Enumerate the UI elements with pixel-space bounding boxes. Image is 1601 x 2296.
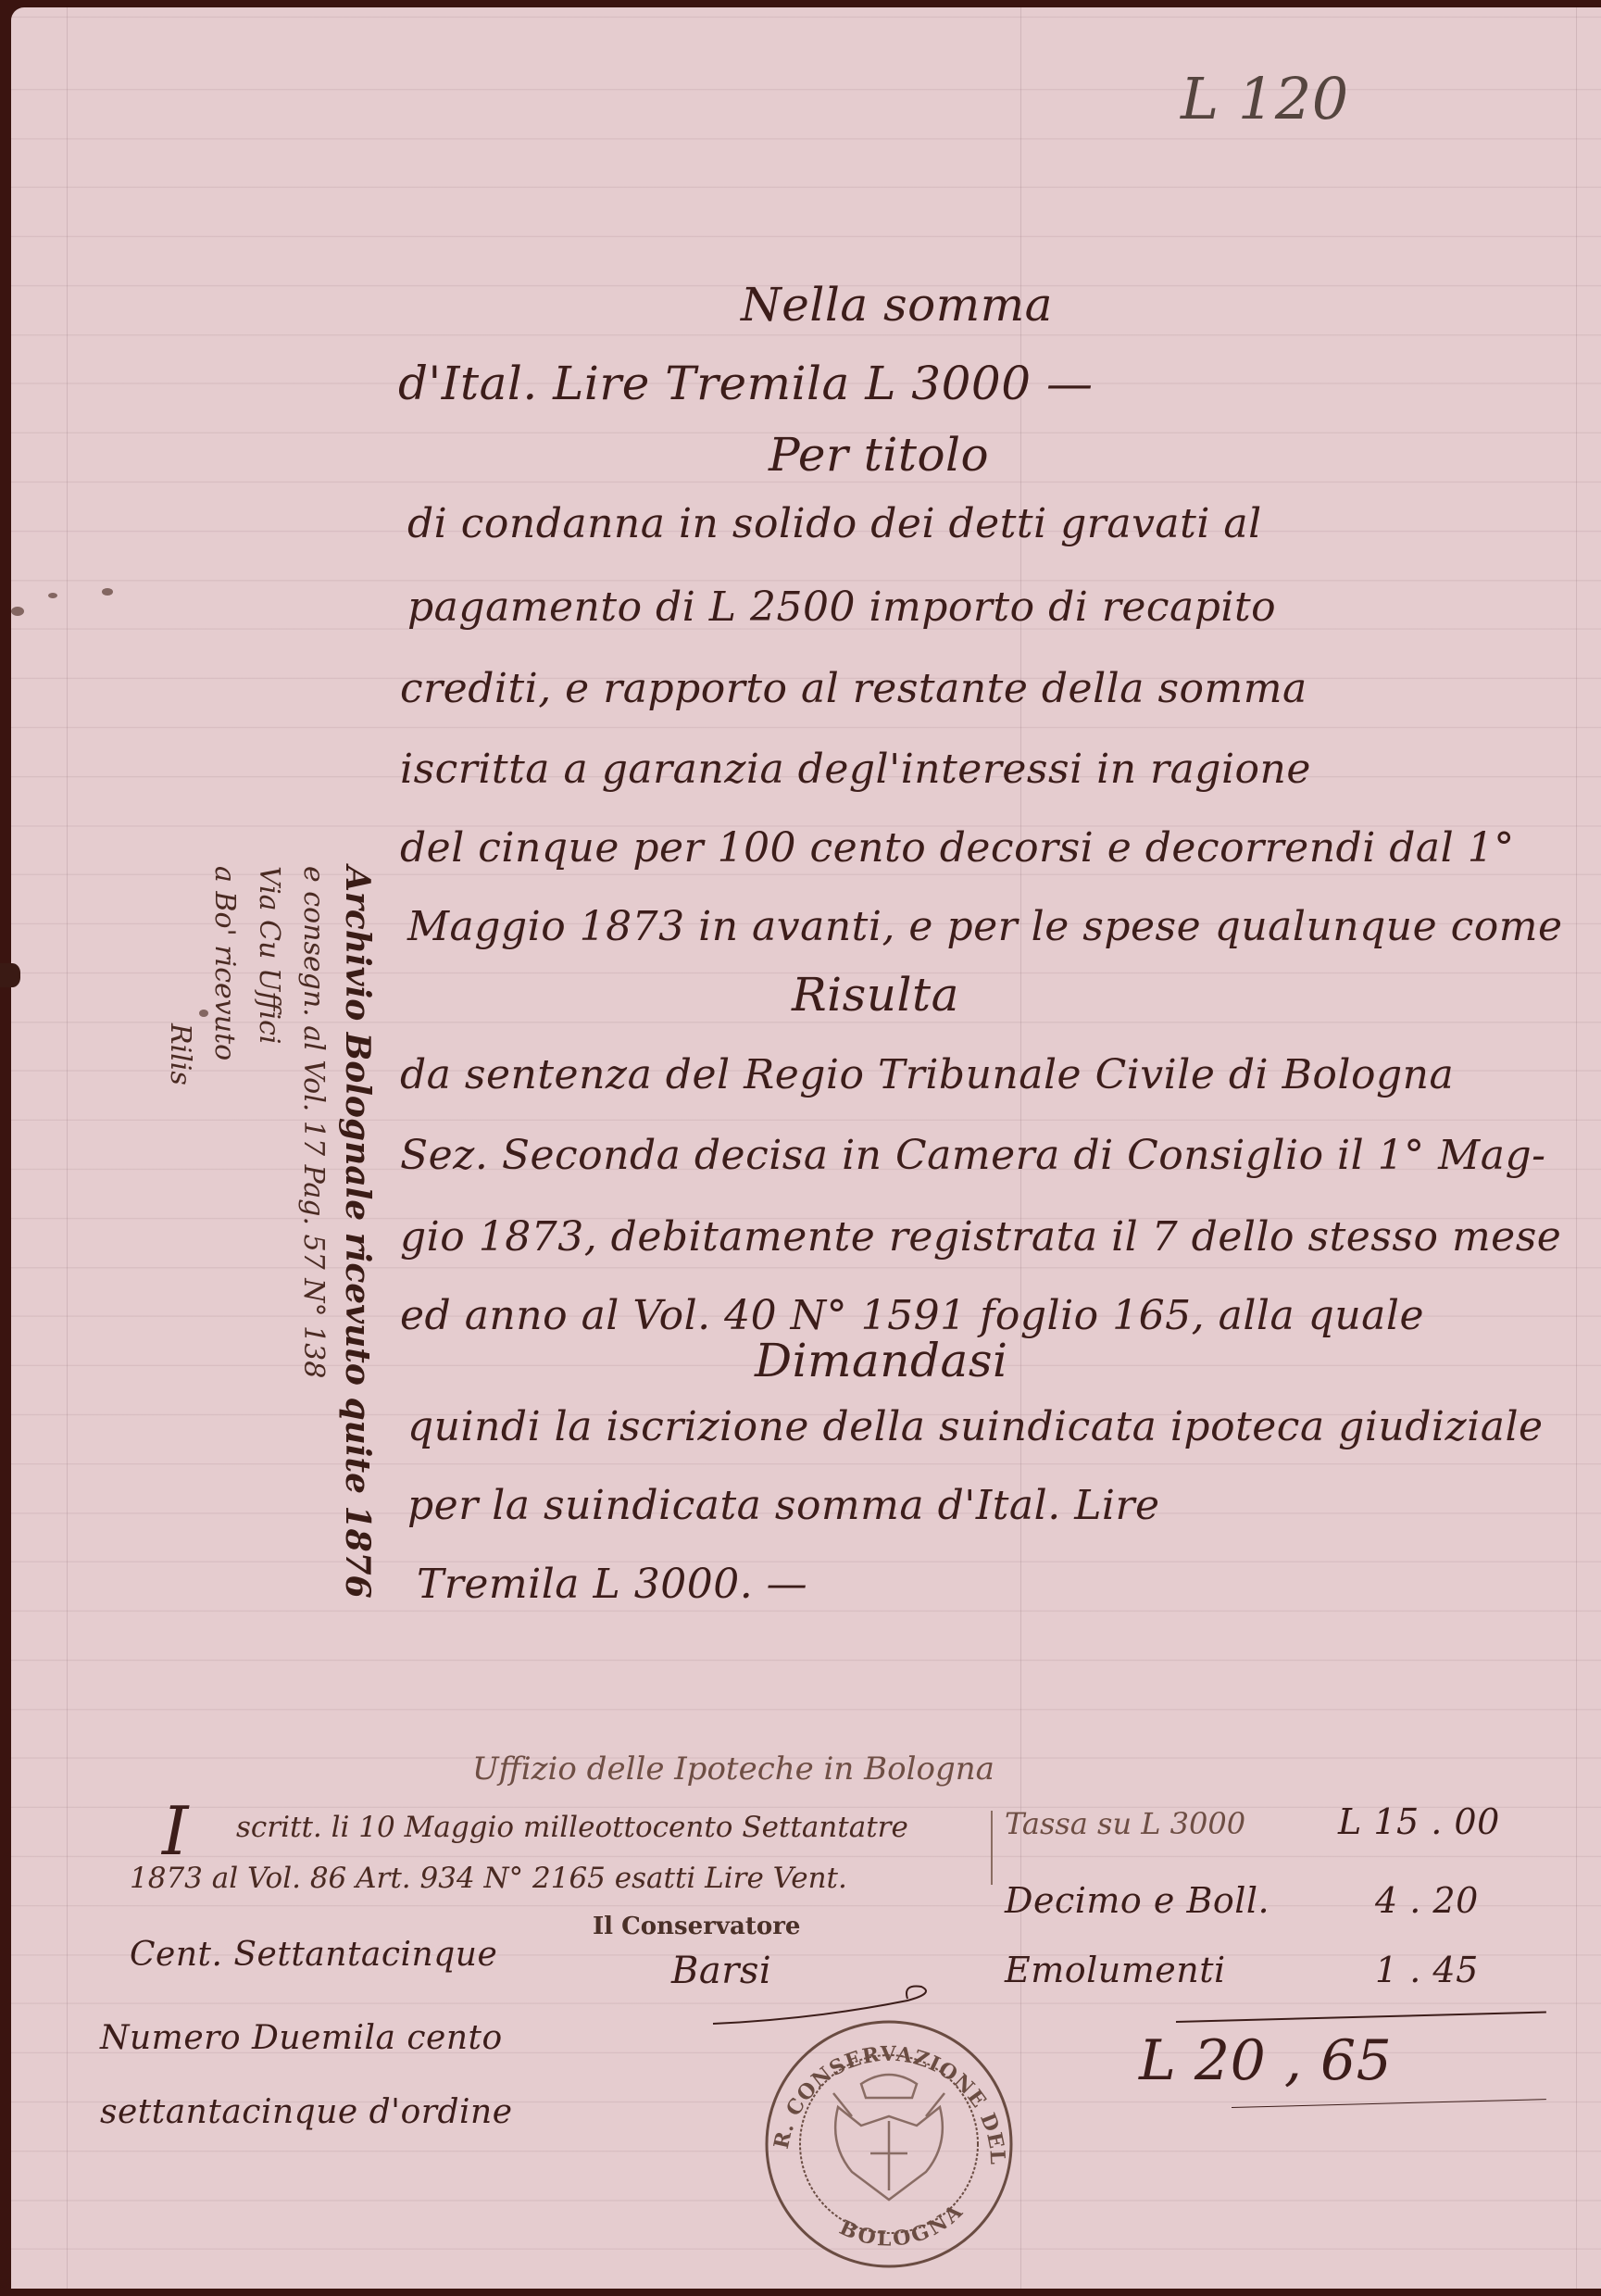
registry-line: Numero Duemila cento	[100, 2019, 503, 2057]
body-line: del cinque per 100 cento decorsi e decor…	[400, 824, 1515, 872]
fee-label: Decimo e Boll.	[1005, 1880, 1270, 1921]
stamp-text-bottom: BOLOGNA	[836, 2198, 969, 2252]
official-stamp: R. CONSERVAZIONE DELLE IPOTECHE BOLOGNA	[750, 2005, 1028, 2274]
folio-mark: L 120	[1181, 65, 1349, 132]
margin-rule-left	[67, 7, 68, 2289]
margin-annotation-line: Via Cu Uffici	[246, 866, 291, 1599]
conservator-label: Il Conservatore	[593, 1913, 800, 1940]
body-line: Maggio 1873 in avanti, e per le spese qu…	[407, 903, 1563, 950]
section-dimandasi: Dimandasi	[755, 1334, 1007, 1387]
margin-annotation-line: Archivio Bolognale ricevuto quite 1876	[335, 866, 380, 1599]
dimandasi-line: per la suindicata somma d'Ital. Lire	[407, 1482, 1160, 1529]
fee-label: Tassa su L 3000	[1005, 1806, 1245, 1841]
fee-amount: 1 . 45	[1375, 1950, 1479, 1990]
dimandasi-line: quindi la iscrizione della suindicata ip…	[407, 1403, 1544, 1450]
risulta-line: ed anno al Vol. 40 N° 1591 foglio 165, a…	[400, 1292, 1424, 1339]
margin-annotation-line: Rilis	[157, 866, 202, 1599]
body-line: iscritta a garanzia degl'interessi in ra…	[400, 746, 1311, 793]
margin-annotation-line: a Bo' ricevuto	[202, 866, 246, 1599]
fee-total: L 20 , 65	[1139, 2028, 1392, 2093]
margin-annotation-line: e consegn. al Vol. 17 Pag. 57 N° 138	[291, 866, 335, 1599]
risulta-line: Sez. Seconda decisa in Camera di Consigl…	[400, 1132, 1546, 1179]
heading-line-1: Nella somma	[741, 278, 1053, 332]
section-risulta: Risulta	[792, 968, 959, 1022]
registry-line: settantacinque d'ordine	[100, 2093, 513, 2131]
fee-amount: 4 . 20	[1375, 1880, 1479, 1921]
stamp-text-top: R. CONSERVAZIONE DELLE IPOTECHE	[750, 2005, 1009, 2165]
fees-column-rule	[991, 1811, 993, 1885]
heading-line-3: Per titolo	[769, 428, 989, 482]
body-line: pagamento di L 2500 importo di recapito	[407, 583, 1276, 631]
registry-line: 1873 al Vol. 86 Art. 934 N° 2165 esatti …	[130, 1862, 847, 1895]
heading-line-2: d'Ital. Lire Tremila L 3000 —	[398, 357, 1093, 410]
ink-smudge	[102, 588, 113, 596]
registry-line: Cent. Settantacinque	[130, 1936, 497, 1974]
svg-text:BOLOGNA: BOLOGNA	[836, 2198, 969, 2252]
registry-initial: I	[162, 1792, 189, 1870]
body-line: crediti, e rapporto al restante della so…	[400, 665, 1307, 712]
registry-line: scritt. li 10 Maggio milleottocento Sett…	[236, 1811, 908, 1844]
risulta-line: gio 1873, debitamente registrata il 7 de…	[400, 1213, 1561, 1261]
risulta-line: da sentenza del Regio Tribunale Civile d…	[400, 1051, 1454, 1098]
margin-annotation: Archivio Bolognale ricevuto quite 1876 e…	[157, 866, 380, 1599]
fee-label: Emolumenti	[1005, 1950, 1226, 1990]
edge-mark	[0, 963, 20, 987]
svg-text:R. CONSERVAZIONE DELLE IPOTECH: R. CONSERVAZIONE DELLE IPOTECHE	[750, 2005, 1009, 2165]
body-line: di condanna in solido dei detti gravati …	[407, 500, 1262, 547]
ink-smudge	[11, 607, 24, 616]
fee-amount: L 15 . 00	[1338, 1801, 1500, 1842]
margin-rule-right	[1576, 7, 1577, 2289]
registry-office-title: Uffizio delle Ipoteche in Bologna	[472, 1750, 994, 1788]
dimandasi-line: Tremila L 3000. —	[417, 1561, 807, 1608]
ink-smudge	[48, 593, 57, 598]
coat-of-arms-icon	[833, 2075, 944, 2200]
